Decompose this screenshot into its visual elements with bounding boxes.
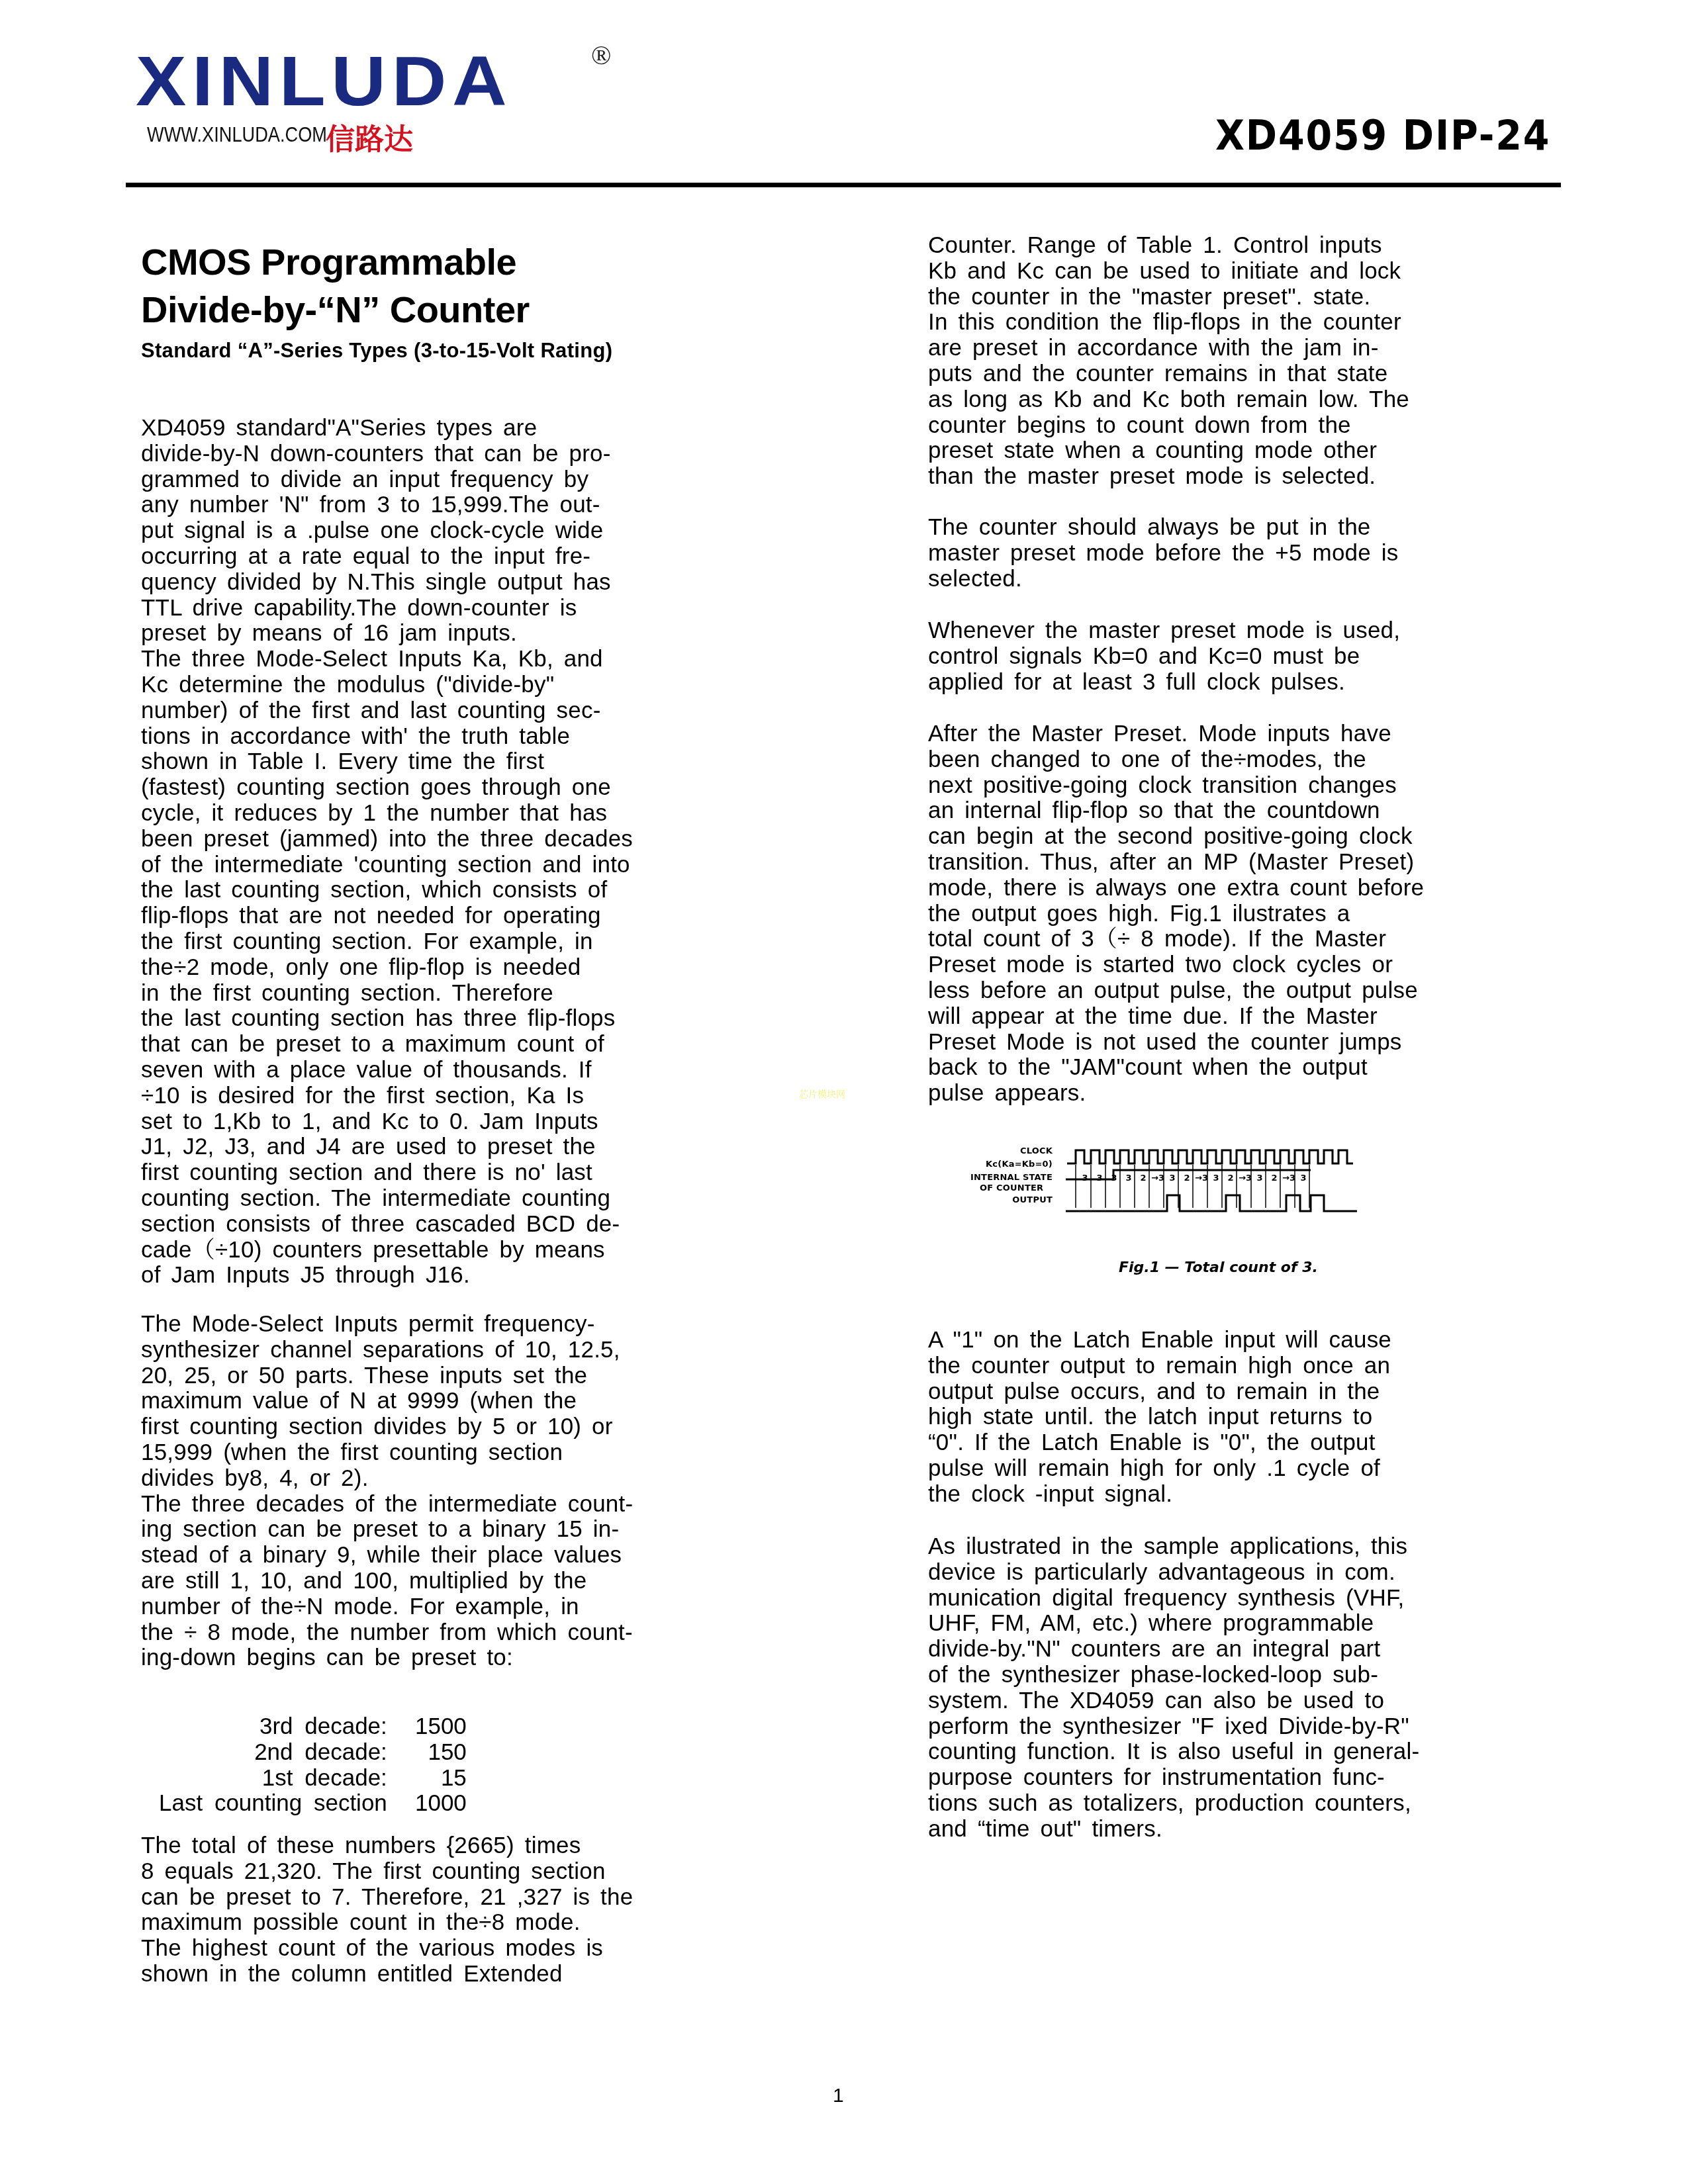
state-value: 2 (1136, 1173, 1150, 1183)
brand-website: WWW.XINLUDA.COM (147, 122, 327, 147)
state-value: 3 (1252, 1173, 1267, 1183)
state-value: 2 (1267, 1173, 1282, 1183)
decade-value: 1500 (400, 1714, 467, 1740)
table-row: Last counting section1000 (159, 1791, 467, 1817)
brand-subline: WWW.XINLUDA.COM 信路达 (147, 122, 359, 147)
brand-chinese-name: 信路达 (326, 116, 413, 158)
internal-state-values: 3 3 3 3 2 →3 3 2 →3 3 2 →3 3 2 →3 3 (1078, 1173, 1311, 1183)
table-row: 3rd decade:1500 (159, 1714, 467, 1740)
right-paragraph-1: Counter. Range of Table 1. Control input… (928, 233, 1550, 490)
watermark-text: 芯片模块网 (799, 1087, 845, 1101)
state-value: 3 (1296, 1173, 1311, 1183)
decade-label: 3rd decade: (159, 1714, 400, 1740)
state-value: 3 (1121, 1173, 1136, 1183)
document-subtitle: Standard “A”-Series Types (3-to-15-Volt … (141, 339, 612, 363)
left-paragraph-1: XD4059 standard"A"Series types are divid… (141, 416, 757, 1289)
decade-label: 1st decade: (159, 1766, 400, 1792)
right-paragraph-3: Whenever the master preset mode is used,… (928, 618, 1550, 695)
decade-label: 2nd decade: (159, 1740, 400, 1766)
right-paragraph-6: As ilustrated in the sample applications… (928, 1534, 1550, 1843)
brand-logo: XINLUDA ® WWW.XINLUDA.COM 信路达 (136, 46, 480, 116)
document-title: CMOS Programmable Divide-by-“N” Counter (141, 238, 530, 334)
decade-value: 150 (400, 1740, 467, 1766)
left-paragraph-2: The Mode-Select Inputs permit frequency-… (141, 1312, 757, 1671)
state-value: 3 (1092, 1173, 1107, 1183)
state-value: 3 (1107, 1173, 1121, 1183)
timing-diagram: CLOCK Kc(Ka=Kb=0) INTERNAL STATE OF COUN… (980, 1145, 1443, 1221)
registered-mark-icon: ® (591, 40, 611, 71)
state-value: →3 (1238, 1173, 1252, 1183)
page-number: 1 (833, 2085, 844, 2107)
right-paragraph-5: A "1" on the Latch Enable input will cau… (928, 1328, 1550, 1508)
part-number-title: XD4059 DIP-24 (1215, 111, 1550, 159)
document-title-line1: CMOS Programmable (141, 238, 530, 286)
document-title-line2: Divide-by-“N” Counter (141, 286, 530, 334)
state-value: 3 (1209, 1173, 1223, 1183)
state-value: 3 (1078, 1173, 1092, 1183)
state-value: 3 (1165, 1173, 1180, 1183)
table-row: 2nd decade:150 (159, 1740, 467, 1766)
table-row: 1st decade:15 (159, 1766, 467, 1792)
state-value: 2 (1180, 1173, 1194, 1183)
state-value: →3 (1282, 1173, 1296, 1183)
decade-label: Last counting section (159, 1791, 400, 1817)
decade-value: 1000 (400, 1791, 467, 1817)
figure-caption: Fig.1 — Total count of 3. (1119, 1259, 1318, 1276)
header-divider (126, 183, 1561, 187)
decade-value: 15 (400, 1766, 467, 1792)
decade-preset-table: 3rd decade:1500 2nd decade:150 1st decad… (159, 1714, 467, 1817)
brand-wordmark: XINLUDA (136, 46, 508, 116)
right-paragraph-2: The counter should always be put in the … (928, 515, 1550, 592)
state-value: 2 (1223, 1173, 1238, 1183)
left-paragraph-3: The total of these numbers {2665) times … (141, 1833, 757, 1987)
state-value: →3 (1194, 1173, 1209, 1183)
right-paragraph-4: After the Master Preset. Mode inputs hav… (928, 721, 1550, 1107)
state-value: →3 (1150, 1173, 1165, 1183)
